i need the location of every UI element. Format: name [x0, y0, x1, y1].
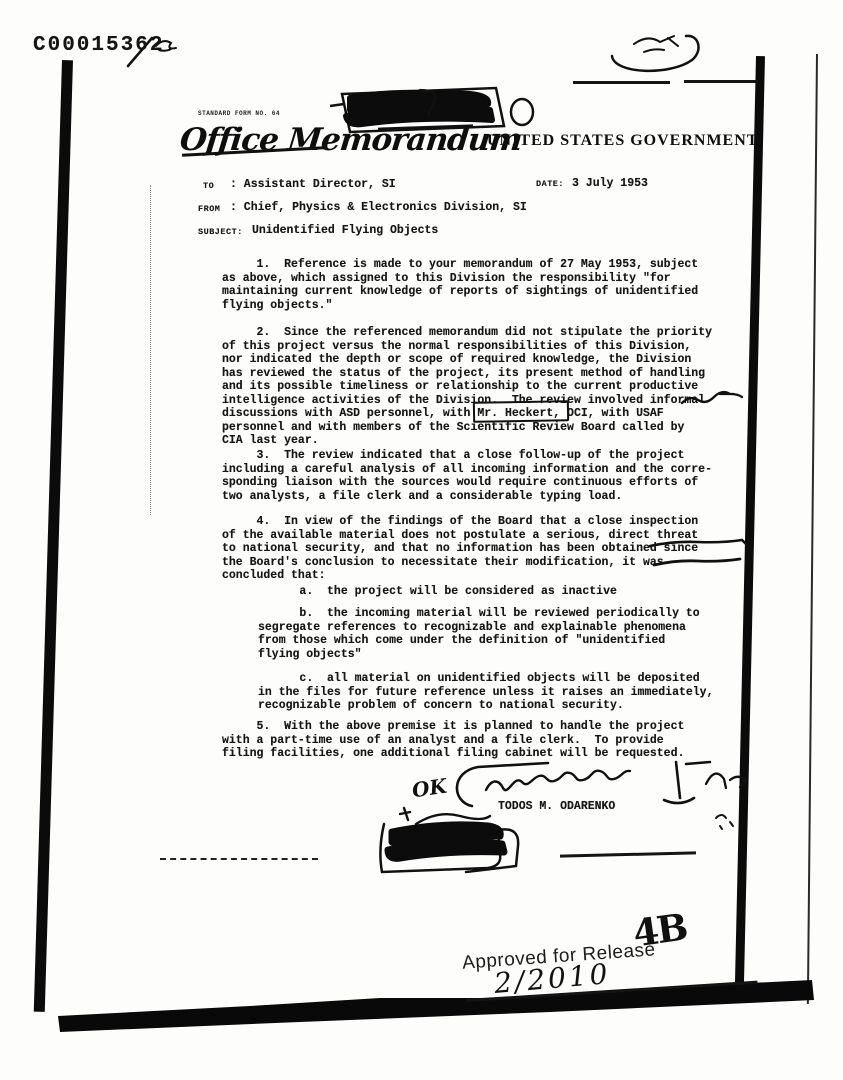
- redaction-stamp-signature: [370, 810, 570, 888]
- date-label: DATE:: [536, 179, 564, 189]
- scan-fold-line: [150, 185, 151, 515]
- subject-value: Unidentified Flying Objects: [252, 224, 438, 237]
- paragraph-2: 2. Since the referenced memorandum did n…: [222, 326, 762, 448]
- paragraph-1: 1. Reference is made to your memorandum …: [222, 258, 762, 312]
- handwritten-marks-right-icon: [700, 762, 756, 832]
- subparagraph-a: a. the project will be considered as ina…: [258, 585, 798, 599]
- to-value: : Assistant Director, SI: [230, 178, 396, 191]
- from-value: : Chief, Physics & Electronics Division,…: [230, 201, 527, 214]
- margin-scribble-p2-icon: [680, 388, 746, 410]
- subject-label: SUBJECT:: [198, 227, 243, 237]
- scan-edge-bottom-band: [50, 970, 825, 1040]
- paragraph-3: 3. The review indicated that a close fol…: [222, 449, 762, 503]
- signature-rule-left: [160, 858, 318, 860]
- scan-edge-right-line: [807, 54, 818, 1004]
- top-rule-right: [684, 80, 758, 83]
- handwritten-mark-icon: [126, 32, 186, 70]
- date-value: 3 July 1953: [572, 177, 648, 190]
- scan-edge-left-bar: [34, 60, 73, 1012]
- standard-form-label: STANDARD FORM NO. 64: [198, 110, 280, 117]
- handwritten-curl-icon: [416, 86, 444, 120]
- scanned-memo-page: C00015362 STANDARD FORM NO. 64 Office Me…: [0, 0, 843, 1080]
- top-rule-left: [573, 81, 670, 84]
- to-label: TO: [203, 181, 214, 191]
- subparagraph-b: b. the incoming material will be reviewe…: [258, 607, 798, 661]
- signature-rule-right: [560, 851, 696, 857]
- from-label: FROM: [198, 204, 220, 214]
- heckert-annotation-box: [473, 400, 569, 423]
- handwritten-oval-scribble-icon: [598, 22, 716, 80]
- paragraph-5: 5. With the above premise it is planned …: [222, 720, 762, 761]
- margin-dash-2-icon: [652, 554, 744, 570]
- margin-dash-1-icon: [648, 534, 748, 552]
- subparagraph-c: c. all material on unidentified objects …: [258, 672, 798, 713]
